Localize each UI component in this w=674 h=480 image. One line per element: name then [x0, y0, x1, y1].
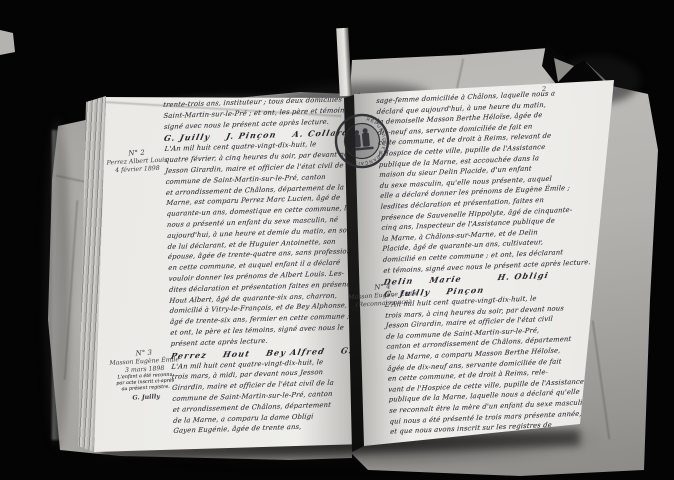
scanned-register-photo: trente-trois ans, instituteur ; tous deu… [0, 0, 674, 480]
page-number: 2 [542, 85, 547, 93]
book-spine-edge [336, 28, 352, 97]
edge-shadow-stain [44, 118, 70, 448]
handwriting-paragraph: L'An mil huit cent quatre-vingt-dix-huit… [171, 355, 373, 437]
marginal-mention: L'enfant a été reconnupar acte inscrit c… [104, 372, 187, 394]
margin-annotation-entry3: N° 3 Masson Eugène Émile 3 mars 1898 L'e… [103, 347, 188, 405]
handwriting-paragraph: sage-femme domiciliée à Châlons, laquell… [376, 87, 595, 276]
margin-annotation-entry4: N° 4 Masson Eugène Émile (Reconnaissance… [343, 281, 422, 311]
right-page-text: sage-femme domiciliée à Châlons, laquell… [376, 87, 602, 437]
margin-annotation-entry2: N° 2 Perrez Albert Louis 4 février 1898 [100, 147, 173, 176]
handwriting-paragraph: L'An mil huit cent quatre-vingt-dix-huit… [385, 291, 603, 437]
official-stamp: RÉPUBLIQUE FRANÇAISE [331, 110, 394, 173]
